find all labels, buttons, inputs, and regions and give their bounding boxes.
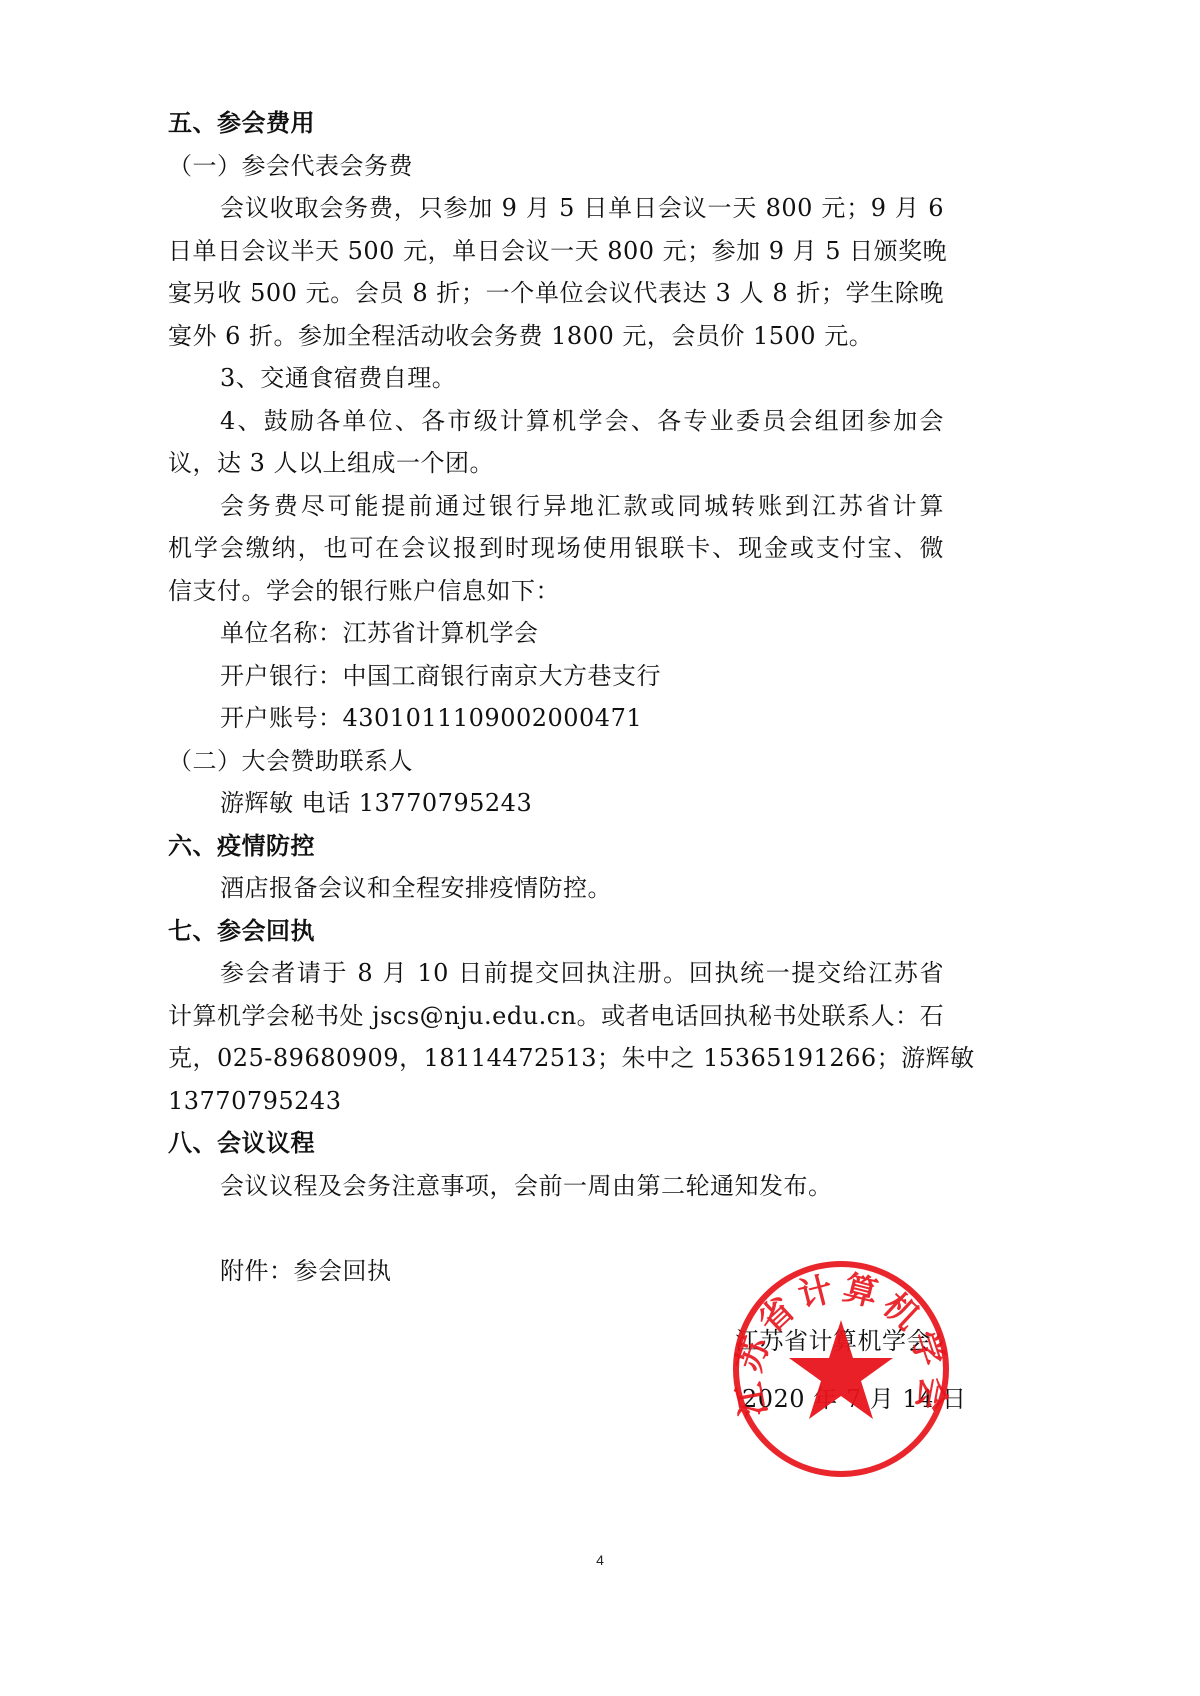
- section-heading-receipt: 七、参会回执: [168, 910, 944, 953]
- subsection-heading-delegate-fees: （一）参会代表会务费: [168, 145, 944, 188]
- section-heading-epidemic: 六、疫情防控: [168, 825, 944, 868]
- item-3-transport: 3、交通食宿费自理。: [168, 357, 944, 400]
- item-4-line-1: 4、鼓励各单位、各市级计算机学会、各专业委员会组团参加会: [168, 400, 944, 443]
- epidemic-body: 酒店报备会议和全程安排疫情防控。: [168, 867, 944, 910]
- bank-account-name: 单位名称：江苏省计算机学会: [168, 612, 944, 655]
- bank-name: 开户银行：中国工商银行南京大方巷支行: [168, 655, 944, 698]
- section-heading-fees: 五、参会费用: [168, 102, 944, 145]
- section-heading-agenda: 八、会议议程: [168, 1122, 944, 1165]
- fees-paragraph-line-2: 日单日会议半天 500 元，单日会议一天 800 元；参加 9 月 5 日颁奖晚: [168, 230, 944, 273]
- subsection-heading-sponsor-contact: （二）大会赞助联系人: [168, 740, 944, 783]
- receipt-line-3: 克，025-89680909，18114472513；朱中之 153651912…: [168, 1037, 944, 1080]
- receipt-line-1: 参会者请于 8 月 10 日前提交回执注册。回执统一提交给江苏省: [168, 952, 944, 995]
- payment-paragraph-line-1: 会务费尽可能提前通过银行异地汇款或同城转账到江苏省计算: [168, 485, 944, 528]
- sponsor-contact: 游辉敏 电话 13770795243: [168, 782, 944, 825]
- agenda-body: 会议议程及会务注意事项，会前一周由第二轮通知发布。: [168, 1165, 944, 1208]
- document-page: 五、参会费用 （一）参会代表会务费 会议收取会务费，只参加 9 月 5 日单日会…: [0, 0, 1200, 1696]
- bank-account-number: 开户账号：4301011109002000471: [168, 697, 944, 740]
- payment-paragraph-line-3: 信支付。学会的银行账户信息如下：: [168, 570, 944, 613]
- receipt-line-2: 计算机学会秘书处 jscs@nju.edu.cn。或者电话回执秘书处联系人：石: [168, 995, 944, 1038]
- page-number: 4: [580, 1552, 620, 1568]
- fees-paragraph-line-4: 宴外 6 折。参加全程活动收会务费 1800 元，会员价 1500 元。: [168, 315, 944, 358]
- star-icon: [789, 1320, 893, 1419]
- official-seal-stamp: 江苏省计算机学会: [730, 1258, 952, 1480]
- document-body: 五、参会费用 （一）参会代表会务费 会议收取会务费，只参加 9 月 5 日单日会…: [168, 102, 944, 1292]
- receipt-line-4: 13770795243: [168, 1080, 944, 1123]
- fees-paragraph-line-1: 会议收取会务费，只参加 9 月 5 日单日会议一天 800 元；9 月 6: [168, 187, 944, 230]
- spacer: [168, 1207, 944, 1250]
- payment-paragraph-line-2: 机学会缴纳，也可在会议报到时现场使用银联卡、现金或支付宝、微: [168, 527, 944, 570]
- fees-paragraph-line-3: 宴另收 500 元。会员 8 折；一个单位会议代表达 3 人 8 折；学生除晚: [168, 272, 944, 315]
- item-4-line-2: 议，达 3 人以上组成一个团。: [168, 442, 944, 485]
